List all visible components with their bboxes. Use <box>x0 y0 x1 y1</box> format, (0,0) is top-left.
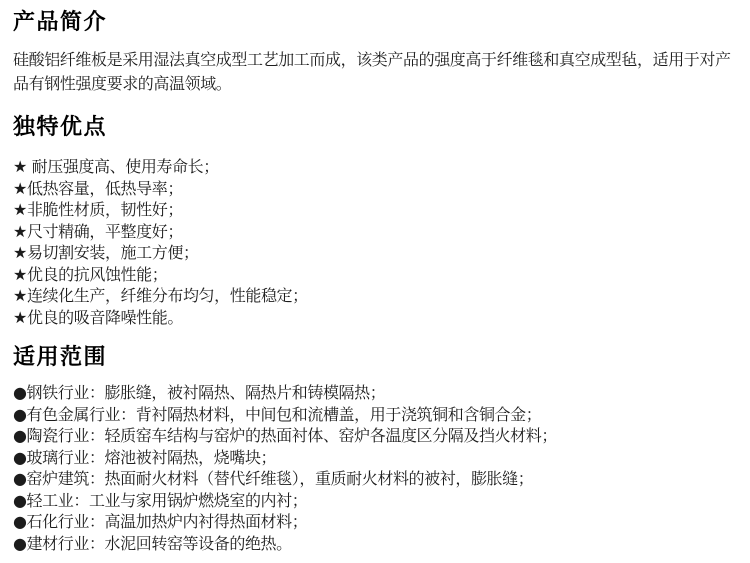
advantages-list: ★ 耐压强度高、使用寿命长； ★低热容量，低热导率； ★非脆性材质，韧性好； ★… <box>13 156 738 328</box>
application-item: ●石化行业：高温加热炉内衬得热面材料； <box>13 511 738 533</box>
section-product-intro: 产品简介 硅酸铝纤维板是采用湿法真空成型工艺加工而成，该类产品的强度高于纤维毯和… <box>13 10 738 95</box>
application-item: ●轻工业：工业与家用锅炉燃烧室的内衬； <box>13 490 738 512</box>
advantage-item: ★优良的抗风蚀性能； <box>13 264 738 286</box>
advantage-item: ★易切割安装，施工方便； <box>13 242 738 264</box>
application-item: ●陶瓷行业：轻质窑车结构与窑炉的热面衬体、窑炉各温度区分隔及挡火材料； <box>13 425 738 447</box>
advantage-item: ★非脆性材质，韧性好； <box>13 199 738 221</box>
application-item: ●钢铁行业：膨胀缝，被衬隔热、隔热片和铸模隔热； <box>13 382 738 404</box>
section-advantages: 独特优点 ★ 耐压强度高、使用寿命长； ★低热容量，低热导率； ★非脆性材质，韧… <box>13 115 738 328</box>
advantage-item: ★ 耐压强度高、使用寿命长； <box>13 156 738 178</box>
applications-list: ●钢铁行业：膨胀缝，被衬隔热、隔热片和铸模隔热； ●有色金属行业：背衬隔热材料，… <box>13 382 738 554</box>
product-intro-paragraph: 硅酸铝纤维板是采用湿法真空成型工艺加工而成，该类产品的强度高于纤维毯和真空成型毡… <box>13 48 737 95</box>
advantage-item: ★低热容量，低热导率； <box>13 178 738 200</box>
product-description-page: 产品简介 硅酸铝纤维板是采用湿法真空成型工艺加工而成，该类产品的强度高于纤维毯和… <box>0 0 750 554</box>
advantage-item: ★连续化生产，纤维分布均匀，性能稳定； <box>13 285 738 307</box>
section-heading-applications: 适用范围 <box>13 345 738 371</box>
application-item: ●建材行业：水泥回转窑等设备的绝热。 <box>13 533 738 555</box>
application-item: ●窑炉建筑：热面耐火材料（替代纤维毯），重质耐火材料的被衬，膨胀缝； <box>13 468 738 490</box>
advantage-item: ★尺寸精确，平整度好； <box>13 221 738 243</box>
section-heading-product-intro: 产品简介 <box>13 10 738 36</box>
application-item: ●有色金属行业：背衬隔热材料，中间包和流槽盖，用于浇筑铜和含铜合金； <box>13 404 738 426</box>
section-applications: 适用范围 ●钢铁行业：膨胀缝，被衬隔热、隔热片和铸模隔热； ●有色金属行业：背衬… <box>13 345 738 554</box>
section-heading-advantages: 独特优点 <box>13 115 738 141</box>
advantage-item: ★优良的吸音降噪性能。 <box>13 307 738 329</box>
application-item: ●玻璃行业：熔池被衬隔热，烧嘴块； <box>13 447 738 469</box>
